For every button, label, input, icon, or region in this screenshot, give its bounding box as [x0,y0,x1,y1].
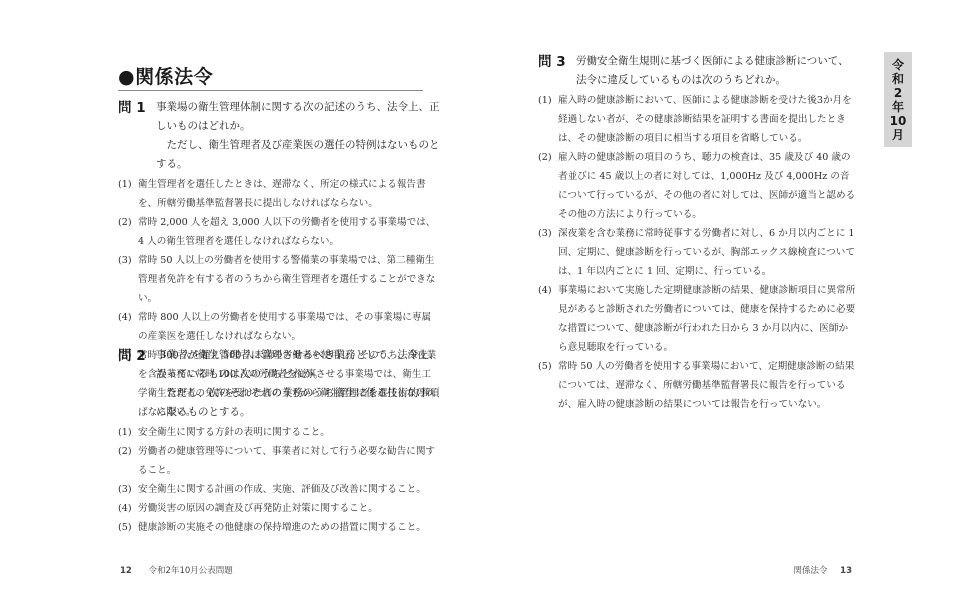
question-3: 問 3 労働安全衛生規則に基づく医師による健康診断について、法令に違反しているも… [538,52,856,414]
running-footer-label: 関係法令 [793,566,827,576]
question-number: 問 3 [538,52,576,72]
answer-option[interactable]: (2)労働者の健康管理等について、事業者に対して行う必要な勧告に関すること。 [118,442,440,480]
option-text: 雇入時の健康診断において、医師による健康診断を受けた後3か月を経過しない者が、そ… [558,91,856,148]
option-number: (4) [538,281,558,357]
question-2: 問 2 事業者が衛生管理者に管理させるべき業務として、法令上、誤っているものは次… [118,346,440,537]
option-text: 常時 800 人以上の労働者を使用する事業場では、その事業場に専属の産業医を選任… [138,308,440,346]
tab-char: 年 [892,100,904,114]
option-number: (1) [538,91,558,148]
option-text: 常時 2,000 人を超え 3,000 人以下の労働者を使用する事業場では、4 … [138,213,440,251]
question-stem: 事業者が衛生管理者に管理させるべき業務として、法令上、誤っているものは次のうちど… [156,346,440,384]
question-stem: 事業場の衛生管理体制に関する次の記述のうち、法令上、正しいものはどれか。 [156,98,440,136]
option-number: (2) [538,148,558,224]
question-stem: 労働安全衛生規則に基づく医師による健康診断について、法令に違反しているものは次の… [576,52,856,90]
option-number: (2) [118,442,138,480]
option-text: 健康診断の実施その他健康の保持増進のための措置に関すること。 [138,518,440,537]
option-number: (3) [118,480,138,499]
question-number: 問 1 [118,98,156,118]
option-text: 安全衛生に関する計画の作成、実施、評価及び改善に関すること。 [138,480,440,499]
option-text: 雇入時の健康診断の項目のうち、聴力の検査は、35 歳及び 40 歳の者並びに 4… [558,148,856,224]
running-footer-label: 令和2年10月公表問題 [149,566,233,576]
page-number: 12 [120,566,132,576]
option-text: 安全衛生に関する方針の表明に関すること。 [138,423,440,442]
answer-options: (1)安全衛生に関する方針の表明に関すること。 (2)労働者の健康管理等について… [118,423,440,537]
question-note: ただし、衛生管理者及び産業医の選任の特例はないものとする。 [156,136,440,174]
answer-option[interactable]: (5)健康診断の実施その他健康の保持増進のための措置に関すること。 [118,518,440,537]
option-number: (4) [118,308,138,346]
question-note: ただし、次のそれぞれの業務のうち衛生に係る技術的事項に限るものとする。 [156,384,440,422]
answer-option[interactable]: (1)雇入時の健康診断において、医師による健康診断を受けた後3か月を経過しない者… [538,91,856,148]
tab-char: 月 [892,128,904,142]
tab-char: 和 [892,72,904,86]
answer-option[interactable]: (3)常時 50 人以上の労働者を使用する警備業の事業場では、第二種衛生管理者免… [118,251,440,308]
left-page: ●関係法令 問 1 事業場の衛生管理体制に関する次の記述のうち、法令上、正しいも… [0,0,485,600]
option-number: (3) [118,251,138,308]
section-title: ●関係法令 [118,62,213,89]
option-text: 事業場において実施した定期健康診断の結果、健康診断項目に異常所見があると診断され… [558,281,856,357]
option-number: (2) [118,213,138,251]
page-number: 13 [840,566,852,576]
answer-option[interactable]: (4)常時 800 人以上の労働者を使用する事業場では、その事業場に専属の産業医… [118,308,440,346]
exam-date-index-tab: 令 和 2 年 10 月 [884,52,912,147]
option-text: 労働者の健康管理等について、事業者に対して行う必要な勧告に関すること。 [138,442,440,480]
question-number: 問 2 [118,346,156,366]
tab-char: 令 [892,58,904,72]
page-footer-right: 関係法令 13 [793,564,852,576]
option-text: 労働災害の原因の調査及び再発防止対策に関すること。 [138,499,440,518]
option-number: (5) [118,518,138,537]
option-number: (1) [118,175,138,213]
answer-options: (1)雇入時の健康診断において、医師による健康診断を受けた後3か月を経過しない者… [538,91,856,414]
answer-option[interactable]: (4)事業場において実施した定期健康診断の結果、健康診断項目に異常所見があると診… [538,281,856,357]
answer-option[interactable]: (3)深夜業を含む業務に常時従事する労働者に対し、6 か月以内ごとに 1 回、定… [538,224,856,281]
answer-option[interactable]: (2)常時 2,000 人を超え 3,000 人以下の労働者を使用する事業場では… [118,213,440,251]
option-text: 衛生管理者を選任したときは、遅滞なく、所定の様式による報告書を、所轄労働基準監督… [138,175,440,213]
answer-option[interactable]: (5)常時 50 人の労働者を使用する事業場において、定期健康診断の結果について… [538,357,856,414]
option-number: (3) [538,224,558,281]
option-text: 常時 50 人以上の労働者を使用する警備業の事業場では、第二種衛生管理者免許を有… [138,251,440,308]
answer-option[interactable]: (1)安全衛生に関する方針の表明に関すること。 [118,423,440,442]
answer-option[interactable]: (1)衛生管理者を選任したときは、遅滞なく、所定の様式による報告書を、所轄労働基… [118,175,440,213]
section-divider [118,90,423,91]
option-number: (1) [118,423,138,442]
option-number: (4) [118,499,138,518]
option-text: 深夜業を含む業務に常時従事する労働者に対し、6 か月以内ごとに 1 回、定期に、… [558,224,856,281]
tab-char: 2 [894,86,902,100]
page-footer-left: 12 令和2年10月公表問題 [120,564,233,576]
answer-option[interactable]: (4)労働災害の原因の調査及び再発防止対策に関すること。 [118,499,440,518]
answer-option[interactable]: (2)雇入時の健康診断の項目のうち、聴力の検査は、35 歳及び 40 歳の者並び… [538,148,856,224]
option-text: 常時 50 人の労働者を使用する事業場において、定期健康診断の結果については、遅… [558,357,856,414]
tab-char: 10 [890,114,907,128]
option-number: (5) [538,357,558,414]
answer-option[interactable]: (3)安全衛生に関する計画の作成、実施、評価及び改善に関すること。 [118,480,440,499]
